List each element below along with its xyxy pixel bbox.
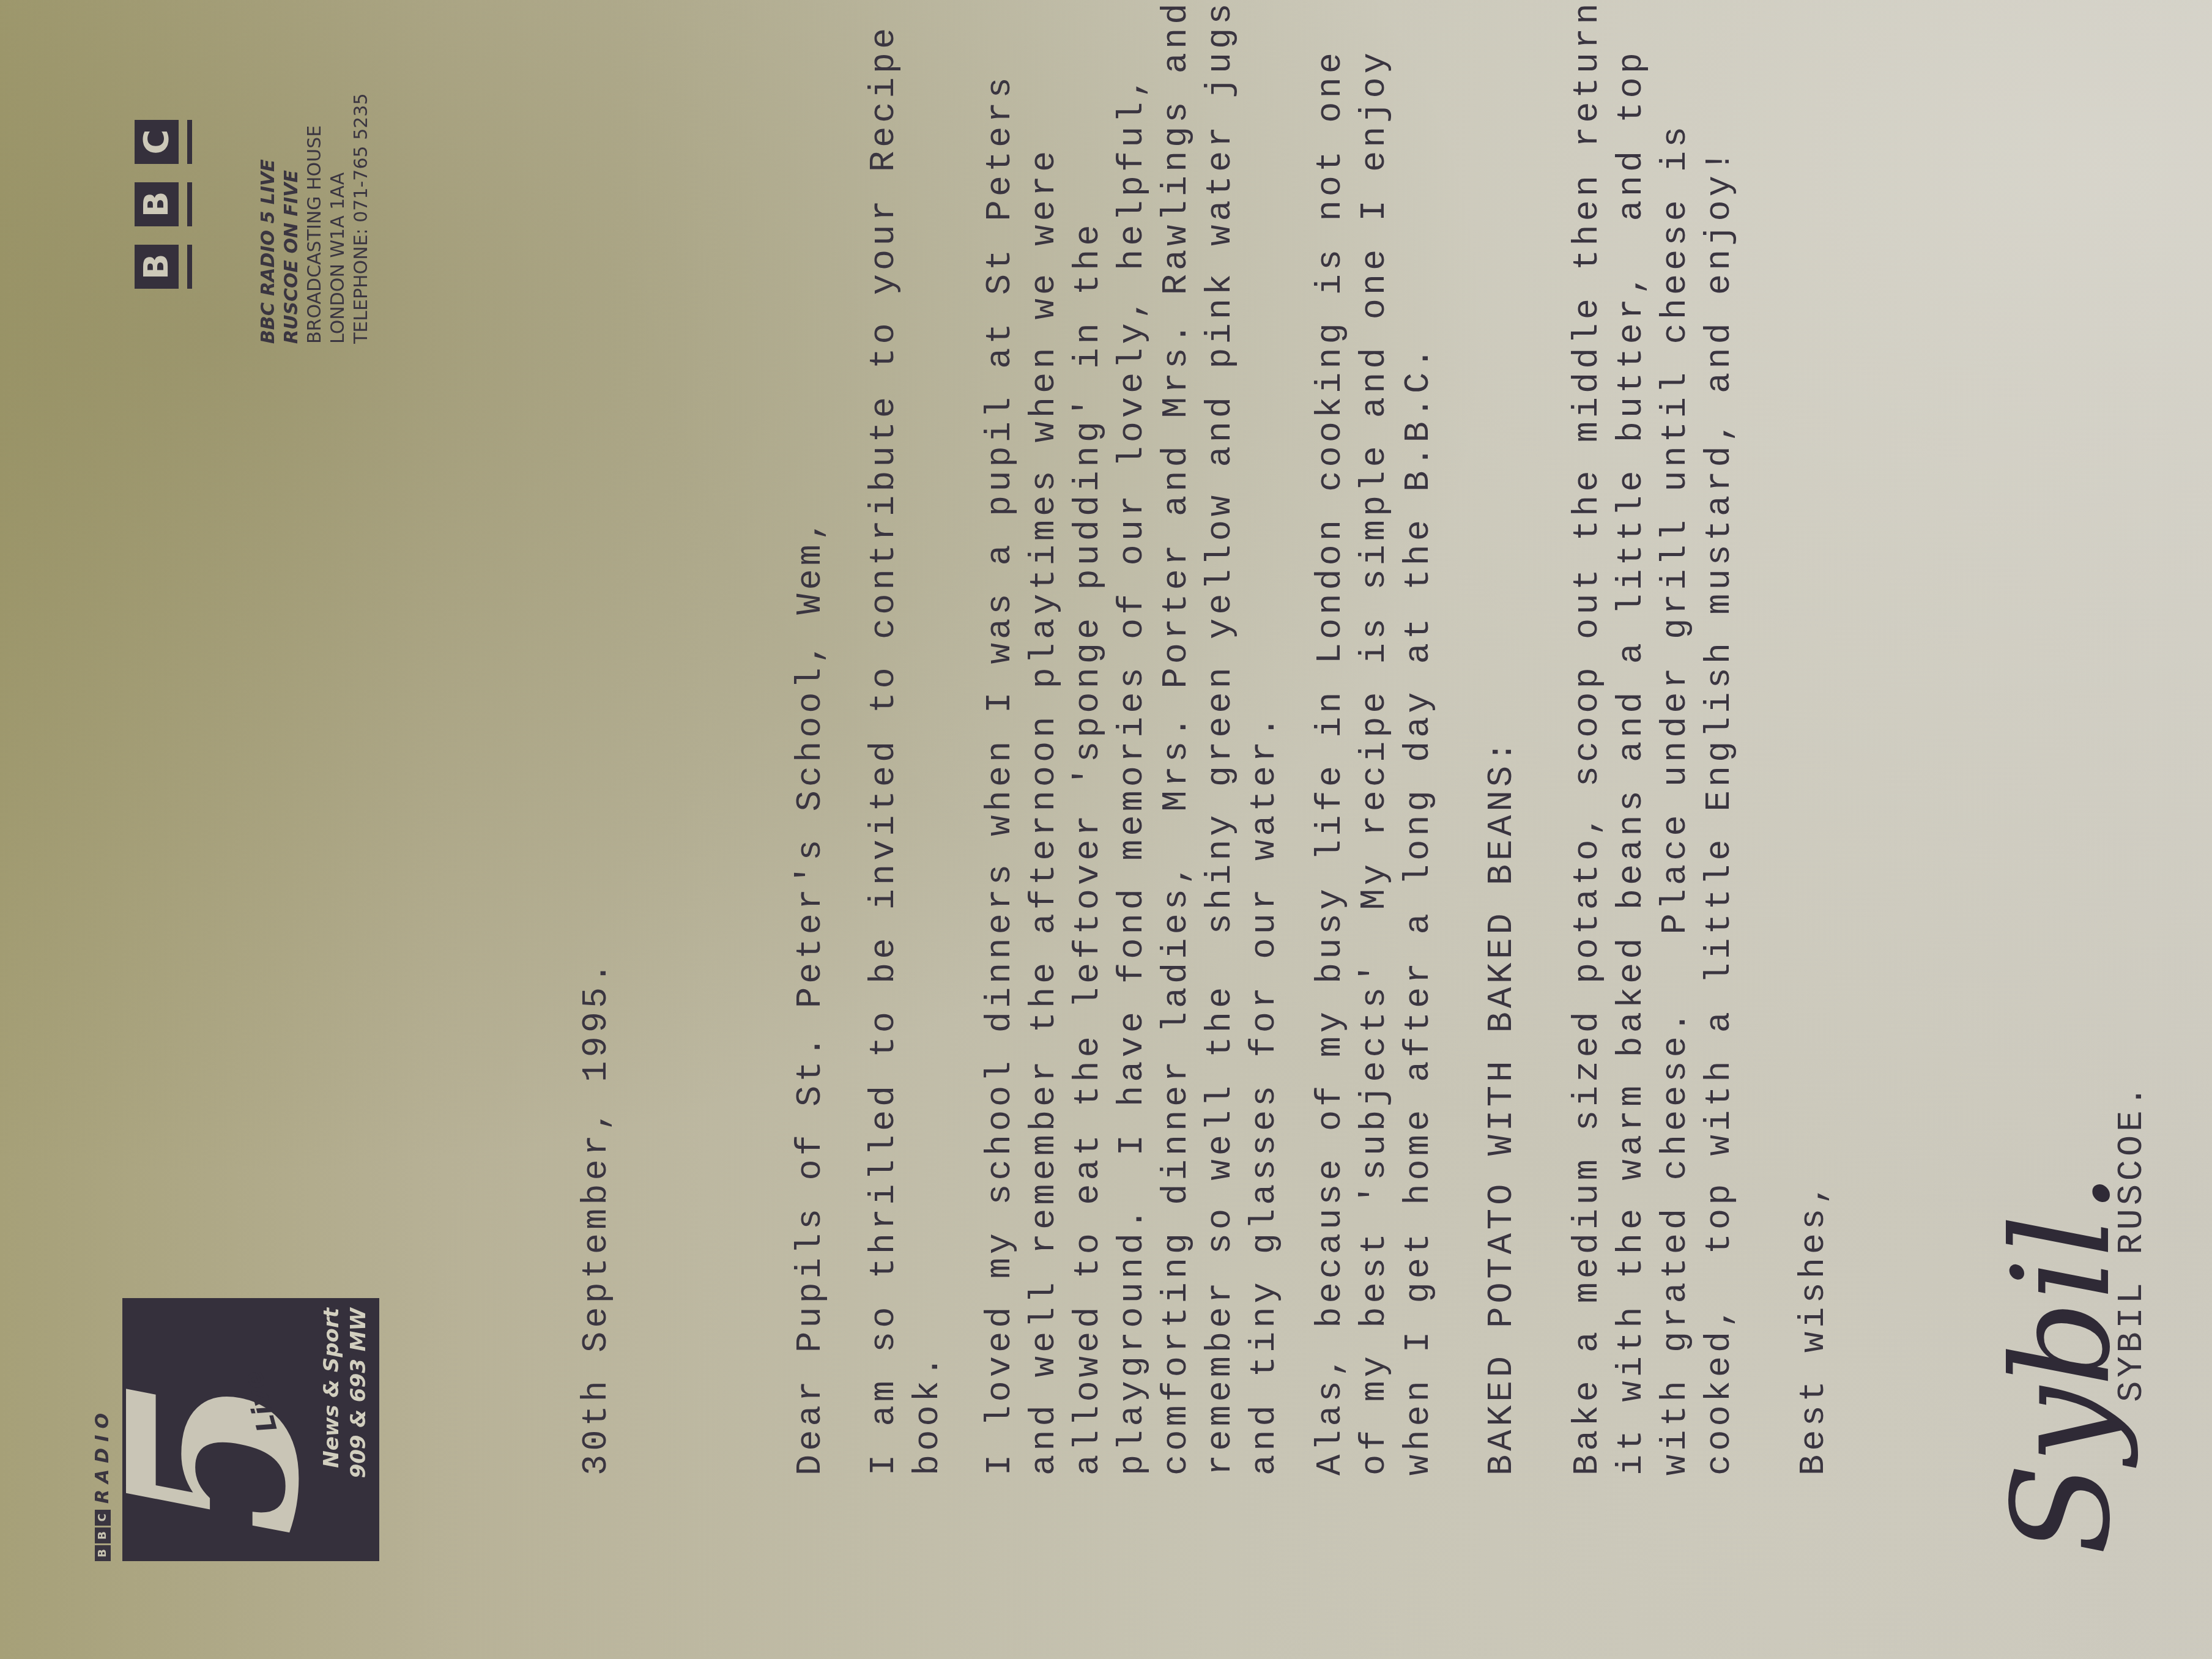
mini-bbc-letter: C bbox=[95, 1510, 111, 1526]
paragraph-line: I am so thrilled to be invited to contri… bbox=[863, 24, 907, 1475]
letter-closing: Best wishes, bbox=[1792, 1181, 1836, 1475]
five-numeral: 5 bbox=[122, 1375, 312, 1537]
paragraph-line: and well remember the afternoon playtime… bbox=[1023, 0, 1067, 1475]
address-city: LONDON W1A 1AA bbox=[327, 94, 350, 344]
address-building: BROADCASTING HOUSE bbox=[303, 94, 327, 344]
paragraph-london-life: Alas, because of my busy life in London … bbox=[1309, 49, 1441, 1475]
paragraph-line: when I get home after a long day at the … bbox=[1397, 49, 1441, 1475]
recipe-title: BAKED POTATO WITH BAKED BEANS: bbox=[1480, 738, 1524, 1475]
recipe-line: it with the warm baked beans and a littl… bbox=[1610, 0, 1654, 1475]
five-live-block: 5 Live bbox=[122, 1298, 312, 1561]
letter-page: B B C RADIO 5 Live News & Sport 909 & 69… bbox=[0, 0, 2212, 1659]
paragraph-line: remember so well the shiny green yellow … bbox=[1199, 0, 1243, 1475]
radio-5-live-logo: B B C RADIO 5 Live News & Sport 909 & 69… bbox=[92, 1243, 434, 1561]
photo-background: B B C RADIO 5 Live News & Sport 909 & 69… bbox=[0, 0, 2212, 1659]
address-telephone: TELEPHONE: 071-765 5235 bbox=[350, 94, 373, 344]
mini-bbc-letter: B bbox=[95, 1545, 111, 1561]
mini-bbc-logo: B B C bbox=[95, 1510, 111, 1561]
bbc-logo-letter-c: C bbox=[135, 120, 179, 164]
paragraph-invitation: I am so thrilled to be invited to contri… bbox=[863, 24, 951, 1475]
recipe-line: Bake a medium sized potato, scoop out th… bbox=[1566, 0, 1610, 1475]
bbc-logo-letter-b2: B bbox=[135, 182, 179, 226]
recipe-line: cooked, top with a little English mustar… bbox=[1698, 0, 1742, 1475]
paragraph-line: I loved my school dinners when I was a p… bbox=[979, 0, 1023, 1475]
paragraph-line: book. bbox=[907, 24, 951, 1475]
handwritten-signature: Sybil. bbox=[1994, 1172, 2129, 1555]
paragraph-line: comforting dinner ladies, Mrs. Porter an… bbox=[1155, 0, 1199, 1475]
tagline-strip: News & Sport 909 & 693 MW bbox=[312, 1298, 379, 1561]
letter-salutation: Dear Pupils of St. Peter's School, Wem, bbox=[789, 516, 833, 1475]
mini-bbc-letter: B bbox=[95, 1527, 111, 1543]
radio-label: RADIO bbox=[92, 1407, 113, 1504]
address-programme: RUSCOE ON FIVE bbox=[280, 94, 303, 344]
paragraph-line: of my best 'subjects' My recipe is simpl… bbox=[1353, 49, 1397, 1475]
paragraph-line: playground. I have fond memories of our … bbox=[1111, 0, 1155, 1475]
letterhead-address: BBC RADIO 5 LIVE RUSCOE ON FIVE BROADCAS… bbox=[257, 94, 373, 344]
paragraph-line: Alas, because of my busy life in London … bbox=[1309, 49, 1353, 1475]
paragraph-line: allowed to eat the leftover 'sponge pudd… bbox=[1067, 0, 1111, 1475]
tagline-frequencies: 909 & 693 MW bbox=[345, 1308, 372, 1551]
bbc-logo: B B C bbox=[135, 120, 179, 289]
tagline-news-sport: News & Sport bbox=[318, 1308, 345, 1551]
bbc-radio-brand: B B C RADIO bbox=[92, 1407, 113, 1561]
typed-signatory-name: SYBIL RUSCOE. bbox=[2110, 1082, 2154, 1402]
bbc-logo-letter-b1: B bbox=[135, 245, 179, 289]
paragraph-school-memories: I loved my school dinners when I was a p… bbox=[979, 0, 1287, 1475]
address-station: BBC RADIO 5 LIVE bbox=[257, 94, 280, 344]
recipe-instructions: Bake a medium sized potato, scoop out th… bbox=[1566, 0, 1742, 1475]
paragraph-line: and tiny glasses for our water. bbox=[1243, 0, 1287, 1475]
recipe-line: with grated cheese. Place under grill un… bbox=[1654, 0, 1698, 1475]
letter-date: 30th September, 1995. bbox=[575, 959, 619, 1475]
